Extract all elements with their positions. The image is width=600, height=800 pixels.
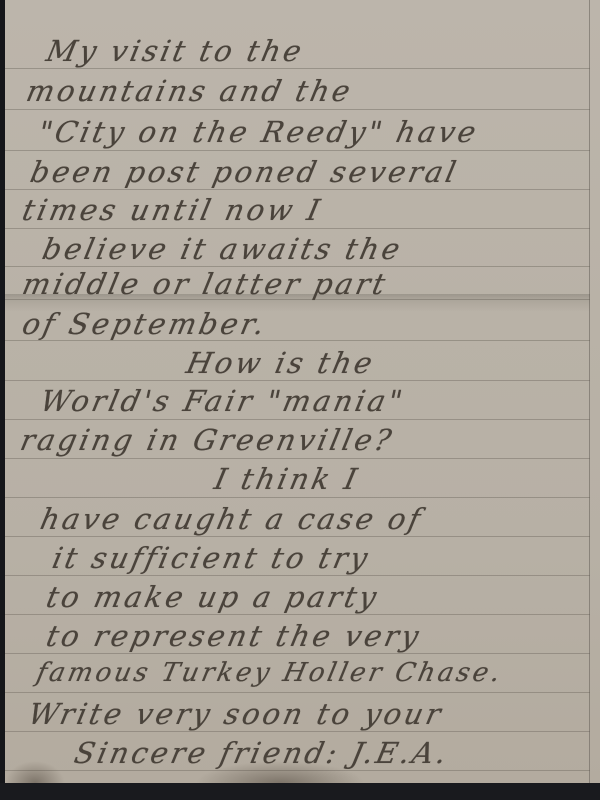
letter-paper: My visit to the mountains and the "City … [5,0,600,783]
letter-line-1: My visit to the [43,34,307,68]
letter-line-2: mountains and the [23,74,356,108]
letter-line-13: have caught a case of [37,502,426,536]
letter-line-5: times until now I [19,193,325,227]
letter-line-8: of September. [19,307,270,341]
ruled-line [5,614,590,615]
background-bottom [0,783,600,800]
letter-line-7: middle or latter part [19,267,391,301]
letter-line-17: famous Turkey Holler Chase. [34,658,506,688]
ruled-line [5,228,590,229]
ruled-line [5,189,590,190]
letter-line-10: World's Fair "mania" [37,384,408,418]
ruled-line [5,419,590,420]
ruled-line [5,536,590,537]
letter-line-16: to represent the very [43,619,424,653]
right-margin-line [589,0,590,783]
ruled-line [5,653,590,654]
letter-line-12: I think I [211,462,362,496]
ruled-line [5,731,590,732]
letter-line-9: How is the [183,346,378,380]
ruled-line [5,497,590,498]
ruled-line [5,150,590,151]
water-stain [5,761,65,783]
letter-line-14: it sufficient to try [49,541,373,575]
letter-line-11: raging in Greenville? [17,423,397,457]
ruled-line [5,380,590,381]
ruled-line [5,692,590,693]
ruled-line [5,68,590,69]
ruled-line [5,458,590,459]
water-stain [195,761,365,783]
letter-line-15: to make up a party [43,580,382,614]
letter-line-4: been post poned several [27,155,461,189]
letter-line-3: "City on the Reedy" have [35,115,482,149]
letter-line-18: Write very soon to your [25,697,446,731]
letter-line-6: believe it awaits the [39,232,406,266]
ruled-line [5,575,590,576]
ruled-line [5,109,590,110]
